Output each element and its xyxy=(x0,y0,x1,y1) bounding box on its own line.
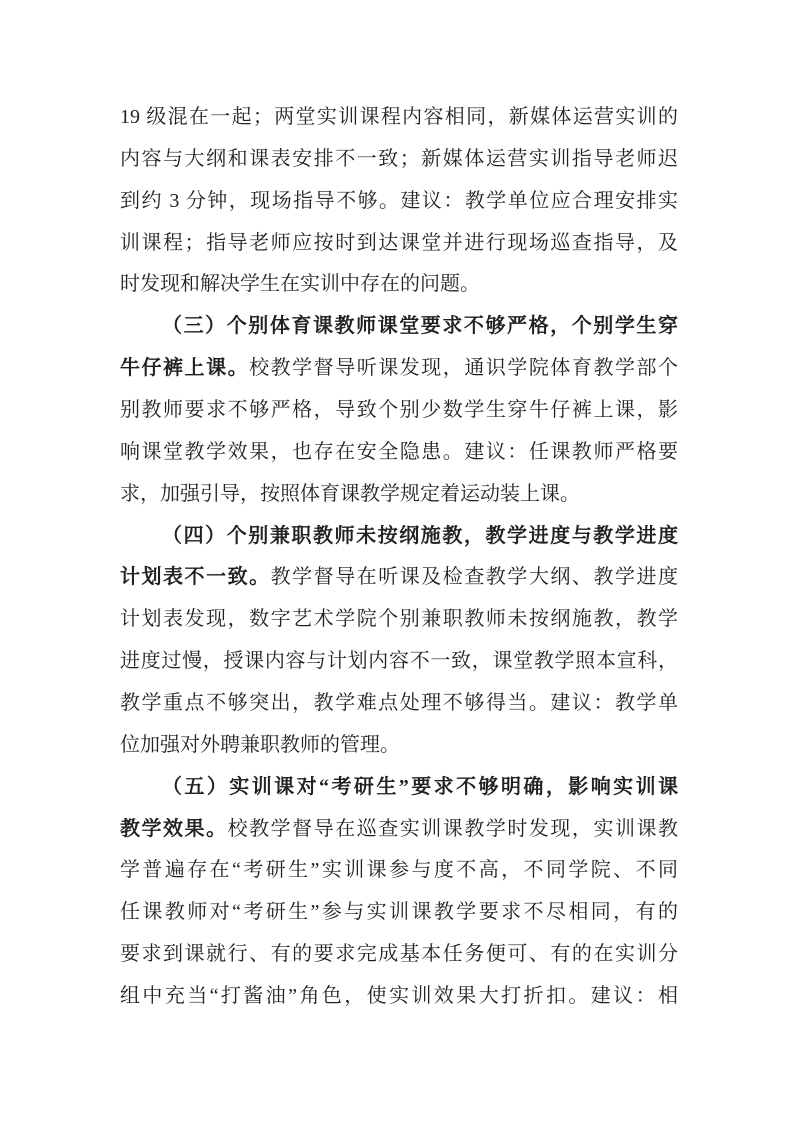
body-text-segment: 求，加强引导，按照体育课教学规定着运动装上课。 xyxy=(120,483,580,505)
text-line: 响课堂教学效果，也存在安全隐患。建议：任课教师严格要 xyxy=(120,432,678,474)
text-line: （四）个别兼职教师未按纲施教，教学进度与教学进度 xyxy=(120,516,678,558)
paragraph: （四）个别兼职教师未按纲施教，教学进度与教学进度计划表不一致。教学督导在听课及检… xyxy=(120,516,678,767)
body-text-segment: 学普遍存在“考研生”实训课参与度不高，不同学院、不同 xyxy=(120,859,678,881)
body-text-segment: 校教学督导在巡查实训课教学时发现，实训课教 xyxy=(228,818,678,840)
body-text-segment: 响课堂教学效果，也存在安全隐患。建议：任课教师严格要 xyxy=(120,441,678,463)
body-text-segment: 训课程；指导老师应按时到达课堂并进行现场巡查指导，及 xyxy=(120,232,678,254)
body-text-segment: 19 级混在一起；两堂实训课程内容相同，新媒体运营实训的 xyxy=(120,106,678,128)
text-line: 时发现和解决学生在实训中存在的问题。 xyxy=(120,264,678,306)
document-body: 19 级混在一起；两堂实训课程内容相同，新媒体运营实训的内容与大纲和课表安排不一… xyxy=(120,97,678,1018)
body-text-segment: 组中充当“打酱油”角色，使实训效果大打折扣。建议：相 xyxy=(120,985,678,1007)
body-text-segment: 到约 3 分钟，现场指导不够。建议：教学单位应合理安排实 xyxy=(120,190,678,212)
text-line: 要求到课就行、有的要求完成基本任务便可、有的在实训分 xyxy=(120,934,678,976)
document-page: 19 级混在一起；两堂实训课程内容相同，新媒体运营实训的内容与大纲和课表安排不一… xyxy=(0,0,793,1122)
body-text-segment: 教学重点不够突出，教学难点处理不够得当。建议：教学单 xyxy=(120,692,678,714)
paragraph: （三）个别体育课教师课堂要求不够严格，个别学生穿牛仔裤上课。校教学督导听课发现，… xyxy=(120,306,678,515)
body-text-segment: 进度过慢，授课内容与计划内容不一致，课堂教学照本宣科， xyxy=(120,650,678,672)
text-line: 任课教师对“考研生”参与实训课教学要求不尽相同，有的 xyxy=(120,892,678,934)
paragraph: （五）实训课对“考研生”要求不够明确，影响实训课教学效果。校教学督导在巡查实训课… xyxy=(120,767,678,1018)
text-line: （三）个别体育课教师课堂要求不够严格，个别学生穿 xyxy=(120,306,678,348)
body-text-segment: 内容与大纲和课表安排不一致；新媒体运营实训指导老师迟 xyxy=(120,148,678,170)
body-text-segment: 计划表发现，数字艺术学院个别兼职教师未按纲施教，教学 xyxy=(120,608,678,630)
text-line: 进度过慢，授课内容与计划内容不一致，课堂教学照本宣科， xyxy=(120,641,678,683)
text-line: 组中充当“打酱油”角色，使实训效果大打折扣。建议：相 xyxy=(120,976,678,1018)
text-line: 别教师要求不够严格，导致个别少数学生穿牛仔裤上课，影 xyxy=(120,390,678,432)
text-line: 训课程；指导老师应按时到达课堂并进行现场巡查指导，及 xyxy=(120,223,678,265)
text-line: 内容与大纲和课表安排不一致；新媒体运营实训指导老师迟 xyxy=(120,139,678,181)
body-text-segment: 校教学督导听课发现，通识学院体育教学部个 xyxy=(249,357,678,379)
text-line: 19 级混在一起；两堂实训课程内容相同，新媒体运营实训的 xyxy=(120,97,678,139)
text-line: （五）实训课对“考研生”要求不够明确，影响实训课 xyxy=(120,767,678,809)
heading-text-segment: （三）个别体育课教师课堂要求不够严格，个别学生穿 xyxy=(162,315,678,337)
heading-text-segment: （五）实训课对“考研生”要求不够明确，影响实训课 xyxy=(162,776,678,798)
body-text-segment: 位加强对外聘兼职教师的管理。 xyxy=(120,734,400,756)
heading-text-segment: 教学效果。 xyxy=(120,818,228,840)
text-line: 计划表不一致。教学督导在听课及检查教学大纲、教学进度 xyxy=(120,557,678,599)
heading-text-segment: 牛仔裤上课。 xyxy=(120,357,249,379)
body-text-segment: 要求到课就行、有的要求完成基本任务便可、有的在实训分 xyxy=(120,943,678,965)
text-line: 计划表发现，数字艺术学院个别兼职教师未按纲施教，教学 xyxy=(120,599,678,641)
body-text-segment: 时发现和解决学生在实训中存在的问题。 xyxy=(120,273,480,295)
text-line: 求，加强引导，按照体育课教学规定着运动装上课。 xyxy=(120,474,678,516)
text-line: 学普遍存在“考研生”实训课参与度不高，不同学院、不同 xyxy=(120,850,678,892)
text-line: 教学重点不够突出，教学难点处理不够得当。建议：教学单 xyxy=(120,683,678,725)
heading-text-segment: 计划表不一致。 xyxy=(120,566,271,588)
body-text-segment: 别教师要求不够严格，导致个别少数学生穿牛仔裤上课，影 xyxy=(120,399,678,421)
text-line: 教学效果。校教学督导在巡查实训课教学时发现，实训课教 xyxy=(120,809,678,851)
text-line: 到约 3 分钟，现场指导不够。建议：教学单位应合理安排实 xyxy=(120,181,678,223)
body-text-segment: 任课教师对“考研生”参与实训课教学要求不尽相同，有的 xyxy=(120,901,678,923)
heading-text-segment: （四）个别兼职教师未按纲施教，教学进度与教学进度 xyxy=(162,525,678,547)
paragraph: 19 级混在一起；两堂实训课程内容相同，新媒体运营实训的内容与大纲和课表安排不一… xyxy=(120,97,678,306)
text-line: 位加强对外聘兼职教师的管理。 xyxy=(120,725,678,767)
body-text-segment: 教学督导在听课及检查教学大纲、教学进度 xyxy=(271,566,678,588)
text-line: 牛仔裤上课。校教学督导听课发现，通识学院体育教学部个 xyxy=(120,348,678,390)
